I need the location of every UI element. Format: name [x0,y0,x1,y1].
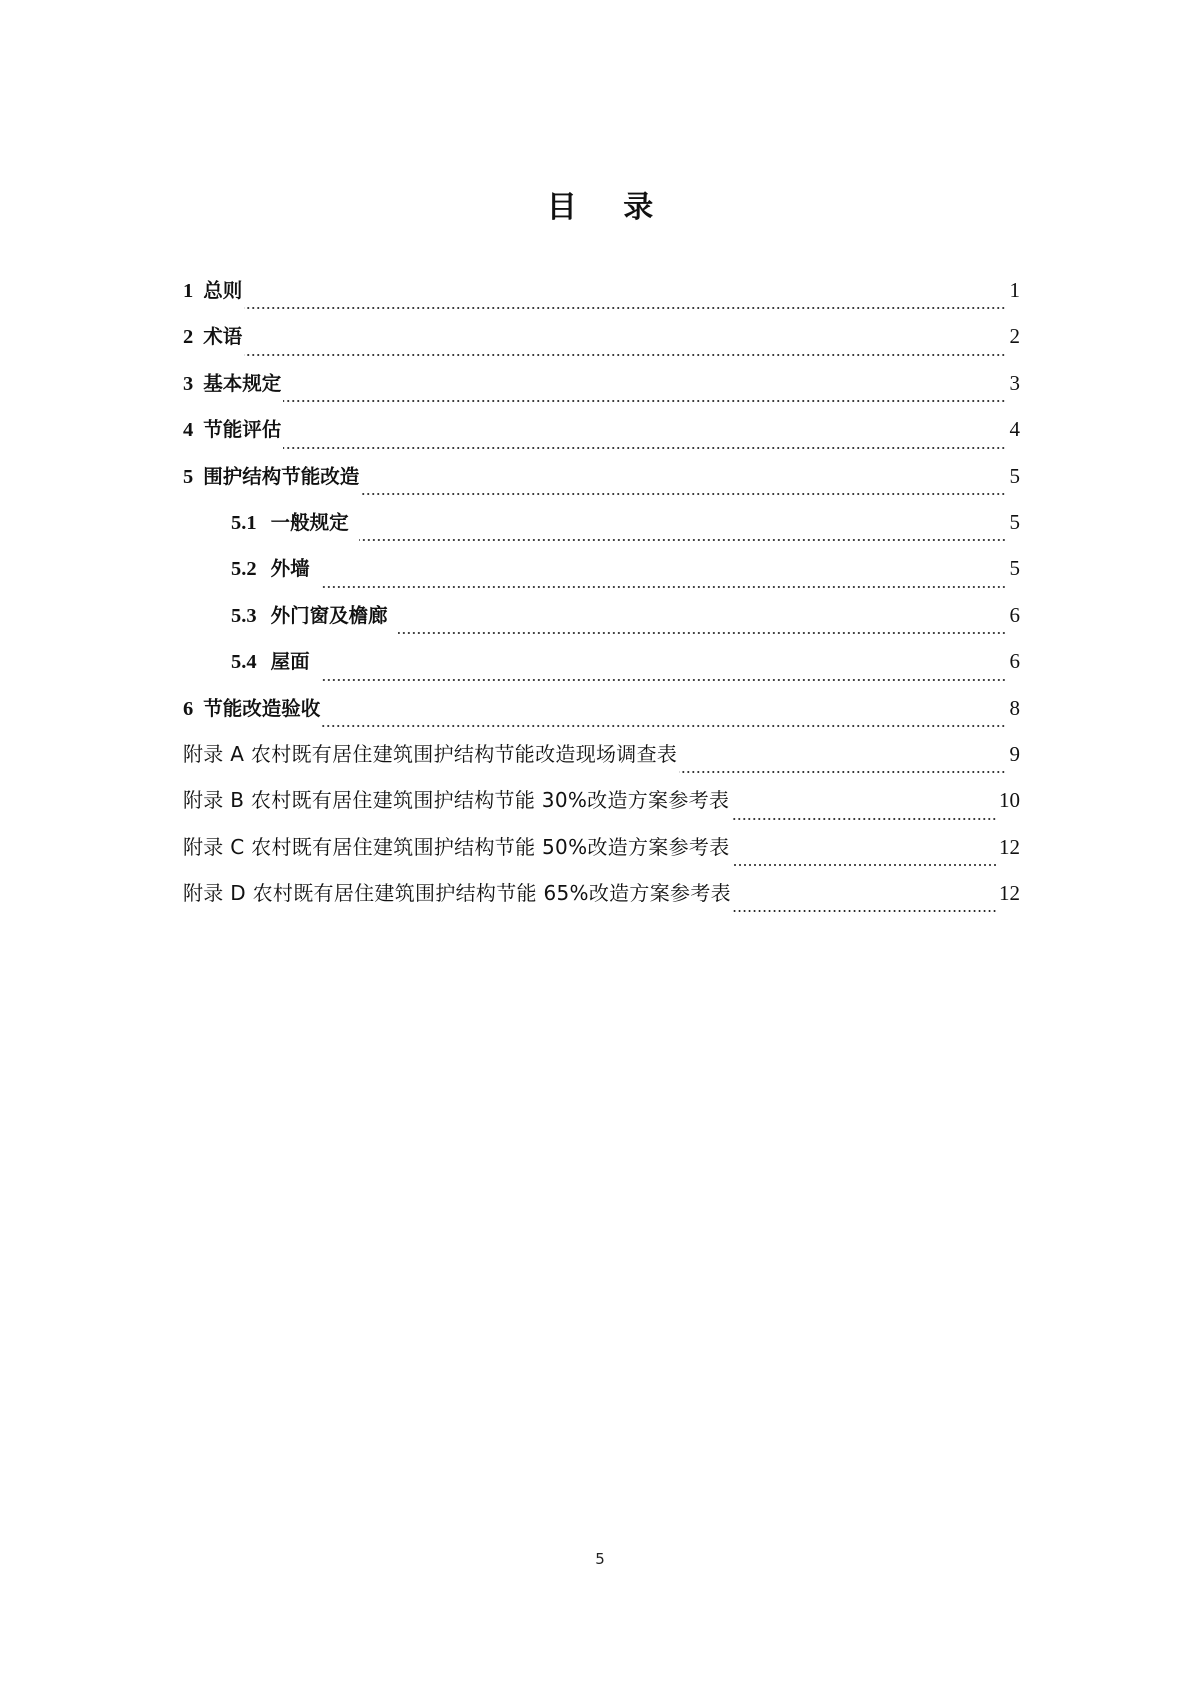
toc-entry-number: 5.3 [231,598,257,634]
toc-entry-number: 3 [183,366,193,402]
toc-entry-page: 5 [1008,504,1020,540]
toc-entry-page: 6 [1008,597,1020,633]
toc-entry-page: 2 [1008,318,1020,354]
toc-entry-label: 围护结构节能改造 [203,459,359,495]
toc-entry-label: 术语 [203,319,242,355]
toc-entry-page: 6 [1008,643,1020,679]
dot-leader [320,679,1006,681]
dot-leader [283,447,1006,449]
dot-leader [733,910,997,912]
toc-entry-number: 6 [183,691,193,727]
dot-leader [244,307,1006,309]
toc-entry-page: 5 [1008,550,1020,586]
table-of-contents: 1 总则 1 2 术语 2 3 基本规定 3 4 节能评估 4 5 围护结构节能… [183,272,1020,921]
dot-leader [283,400,1006,402]
dot-leader [679,771,1006,773]
dot-leader [398,632,1006,634]
toc-entry-page: 3 [1008,365,1020,401]
dot-leader [361,493,1006,495]
toc-entry-number: 1 [183,273,193,309]
toc-entry-label: 外墙 [271,551,310,587]
toc-entry-label: 附录 B 农村既有居住建筑围护结构节能 30%改造方案参考表 [183,782,729,818]
toc-entry-number: 5.4 [231,644,257,680]
page-number: 5 [0,1550,1200,1568]
toc-entry-label: 附录 A 农村既有居住建筑围护结构节能改造现场调查表 [183,736,677,772]
toc-entry-label: 屋面 [271,644,310,680]
toc-entry-number: 4 [183,412,193,448]
dot-leader [731,818,997,820]
toc-entry-2[interactable]: 2 术语 2 [183,318,1020,364]
toc-entry-label: 节能改造验收 [203,691,320,727]
toc-entry-5-3[interactable]: 5.3 外门窗及檐廊 6 [183,597,1020,643]
toc-entry-number: 5.1 [231,505,257,541]
toc-entry-label: 外门窗及檐廊 [271,598,388,634]
toc-entry-5-2[interactable]: 5.2 外墙 5 [183,550,1020,596]
toc-entry-label: 附录 D 农村既有居住建筑围护结构节能 65%改造方案参考表 [183,875,731,911]
toc-entry-page: 5 [1008,458,1020,494]
toc-entry-label: 一般规定 [271,505,349,541]
toc-entry-page: 9 [1008,736,1020,772]
toc-entry-page: 1 [1008,272,1020,308]
toc-entry-page: 10 [999,782,1020,818]
dot-leader [320,586,1006,588]
toc-entry-5-4[interactable]: 5.4 屋面 6 [183,643,1020,689]
toc-entry-1[interactable]: 1 总则 1 [183,272,1020,318]
toc-entry-appendix-c[interactable]: 附录 C 农村既有居住建筑围护结构节能 50%改造方案参考表 12 [183,829,1020,875]
page-title: 目 录 [0,182,1200,226]
toc-entry-number: 2 [183,319,193,355]
toc-entry-number: 5 [183,459,193,495]
dot-leader [732,864,998,866]
toc-entry-page: 8 [1008,690,1020,726]
toc-entry-3[interactable]: 3 基本规定 3 [183,365,1020,411]
toc-entry-label: 附录 C 农村既有居住建筑围护结构节能 50%改造方案参考表 [183,829,730,865]
toc-entry-appendix-b[interactable]: 附录 B 农村既有居住建筑围护结构节能 30%改造方案参考表 10 [183,782,1020,828]
toc-entry-number: 5.2 [231,551,257,587]
toc-entry-appendix-d[interactable]: 附录 D 农村既有居住建筑围护结构节能 65%改造方案参考表 12 [183,875,1020,921]
dot-leader [244,354,1006,356]
toc-entry-5[interactable]: 5 围护结构节能改造 5 [183,458,1020,504]
toc-entry-page: 4 [1008,411,1020,447]
toc-entry-4[interactable]: 4 节能评估 4 [183,411,1020,457]
toc-entry-label: 基本规定 [203,366,281,402]
toc-entry-label: 节能评估 [203,412,281,448]
toc-entry-label: 总则 [203,273,242,309]
dot-leader [359,539,1006,541]
toc-entry-6[interactable]: 6 节能改造验收 8 [183,690,1020,736]
toc-entry-5-1[interactable]: 5.1 一般规定 5 [183,504,1020,550]
toc-entry-page: 12 [999,829,1020,865]
dot-leader [322,725,1006,727]
toc-entry-page: 12 [999,875,1020,911]
toc-entry-appendix-a[interactable]: 附录 A 农村既有居住建筑围护结构节能改造现场调查表 9 [183,736,1020,782]
